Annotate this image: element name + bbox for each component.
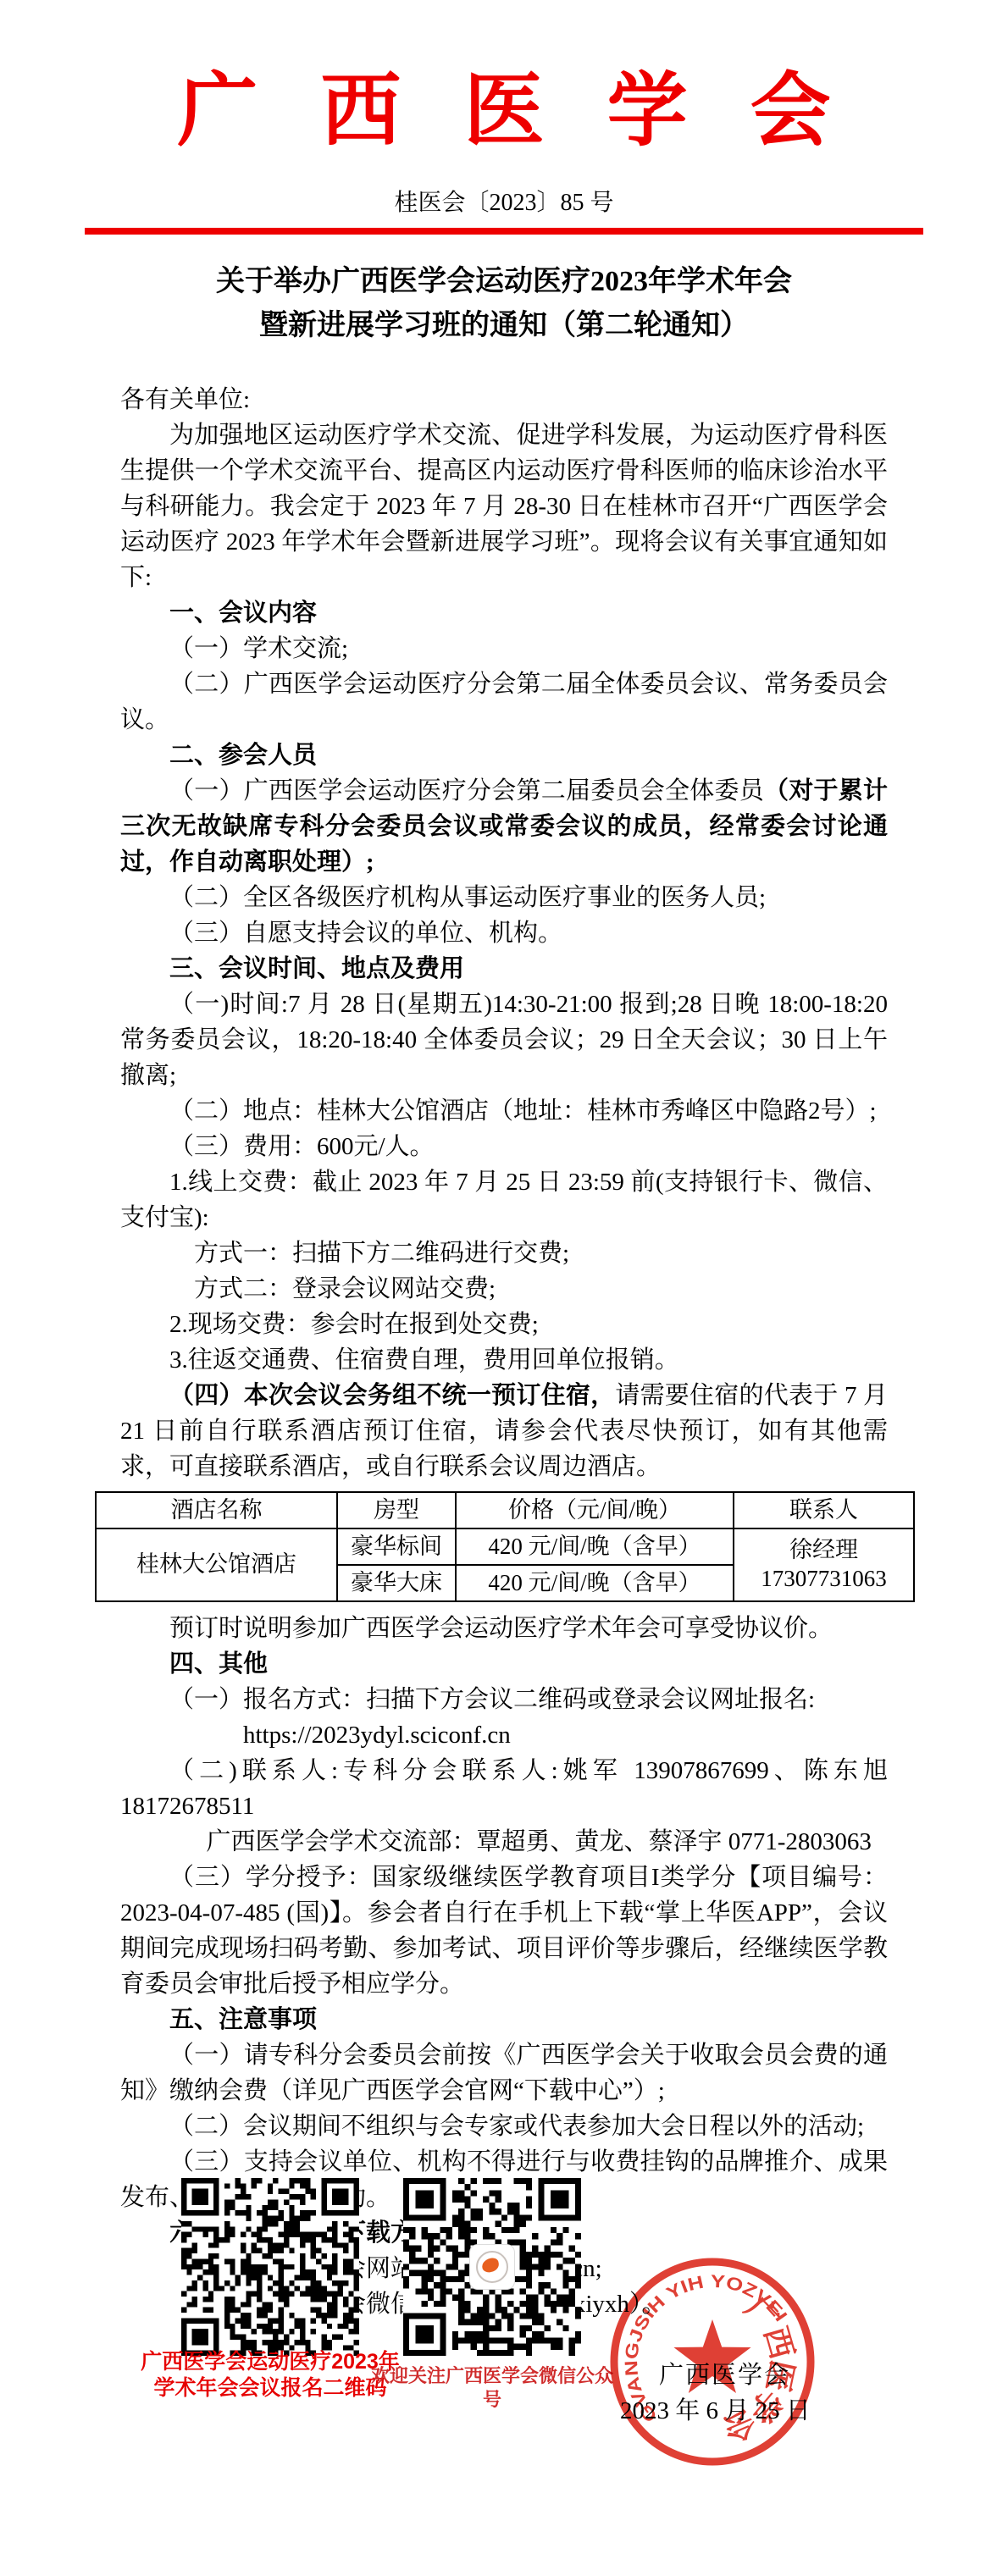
conference-url: https://2023ydyl.sciconf.cn <box>120 1717 888 1753</box>
col-hotel-name: 酒店名称 <box>96 1492 337 1528</box>
payment-travel: 3.往返交通费、住宿费自理，费用回单位报销。 <box>120 1342 888 1378</box>
hotel-bold-note: （四）本次会议会务组不统一预订住宿， <box>169 1382 615 1409</box>
section-4-item-signup: （一）报名方式：扫描下方会议二维码或登录会议网址报名: <box>120 1682 888 1717</box>
wechat-qr-code <box>403 2178 581 2356</box>
price-cell: 420 元/间/晚（含早） <box>456 1528 734 1565</box>
section-3-item-place: （二）地点：桂林大公馆酒店（地址：桂林市秀峰区中隐路2号）; <box>120 1093 888 1129</box>
section-4-item-contacts: （二)联系人:专科分会联系人:姚军 13907867699、陈东旭 181726… <box>120 1753 888 1824</box>
hotel-table-header-row: 酒店名称 房型 价格（元/间/晚） 联系人 <box>96 1492 914 1528</box>
section-3-item-time: （一)时间:7 月 28 日(星期五)14:30-21:00 报到;28 日晚 … <box>120 987 888 1093</box>
salutation: 各有关单位: <box>120 382 888 417</box>
section-2-item-3: （三）自愿支持会议的单位、机构。 <box>120 915 888 951</box>
section-4-item-contacts-dept: 广西医学会学术交流部：覃超勇、黄龙、蔡泽宇 0771-2803063 <box>120 1824 888 1860</box>
official-seal: GVANGJSIH YIH YOZVEI 广 西 医 学 会 <box>608 2258 817 2466</box>
opening-paragraph: 为加强地区运动医疗学术交流、促进学科发展，为运动医疗骨科医生提供一个学术交流平台… <box>120 417 888 595</box>
seal-star-icon <box>673 2319 750 2393</box>
document-title-line1: 关于举办广西医学会运动医疗2023年学术年会 <box>0 260 1008 304</box>
col-room-type: 房型 <box>337 1492 456 1528</box>
section-2-heading: 二、参会人员 <box>120 738 888 773</box>
payment-way-2: 方式二：登录会议网站交费; <box>120 1271 888 1307</box>
registration-qr-caption-line2: 学术年会会议报名二维码 <box>130 2375 410 2402</box>
registration-qr-caption: 广西医学会运动医疗2023年 学术年会会议报名二维码 <box>130 2349 410 2402</box>
document-body: 各有关单位: 为加强地区运动医疗学术交流、促进学科发展，为运动医疗骨科医生提供一… <box>120 382 888 2322</box>
section-2-item-1-text: （一）广西医学会运动医疗分会第二届委员会全体委员 <box>169 777 764 804</box>
letterhead-divider <box>85 228 923 235</box>
section-1-item-2: （二）广西医学会运动医疗分会第二届全体委员会议、常务委员会议。 <box>120 666 888 738</box>
section-4-item-credits: （三）学分授予：国家级继续医学教育项目I类学分【项目编号：2023-04-07-… <box>120 1860 888 2002</box>
section-5-item-1: （一）请专科分会委员会前按《广西医学会关于收取会员会费的通知》缴纳会费（详见广西… <box>120 2037 888 2109</box>
letterhead-org-name: 广西医学会 <box>0 0 1008 152</box>
hotel-name-cell: 桂林大公馆酒店 <box>96 1528 337 1601</box>
section-5-heading: 五、注意事项 <box>120 2002 888 2037</box>
section-3-item-fee: （三）费用：600元/人。 <box>120 1129 888 1164</box>
registration-qr-code <box>181 2178 359 2356</box>
section-4-heading: 四、其他 <box>120 1646 888 1682</box>
footer-area: 广西医学会运动医疗2023年 学术年会会议报名二维码 欢迎关注广西医学会微信公众… <box>0 2168 1008 2576</box>
document-title-line2: 暨新进展学习班的通知（第二轮通知） <box>0 304 1008 348</box>
section-2-item-2: （二）全区各级医疗机构从事运动医疗事业的医务人员; <box>120 880 888 915</box>
payment-online: 1.线上交费：截止 2023 年 7 月 25 日 23:59 前(支持银行卡、… <box>120 1164 888 1235</box>
gxma-logo <box>470 2245 514 2289</box>
room-type-cell: 豪华标间 <box>337 1528 456 1565</box>
gxma-emblem-icon <box>476 2251 508 2283</box>
document-page: 广西医学会 桂医会〔2023〕85 号 关于举办广西医学会运动医疗2023年学术… <box>0 0 1008 2576</box>
payment-way-1: 方式一：扫描下方二维码进行交费; <box>120 1235 888 1271</box>
col-contact: 联系人 <box>734 1492 914 1528</box>
section-1-heading: 一、会议内容 <box>120 595 888 631</box>
hotel-table: 酒店名称 房型 价格（元/间/晚） 联系人 桂林大公馆酒店 豪华标间 420 元… <box>95 1491 915 1602</box>
document-title: 关于举办广西医学会运动医疗2023年学术年会 暨新进展学习班的通知（第二轮通知） <box>0 260 1008 348</box>
payment-onsite: 2.现场交费：参会时在报到处交费; <box>120 1307 888 1342</box>
section-1-item-1: （一）学术交流; <box>120 631 888 666</box>
contact-phone: 17307731063 <box>761 1566 887 1591</box>
room-type-cell: 豪华大床 <box>337 1565 456 1601</box>
table-row: 桂林大公馆酒店 豪华标间 420 元/间/晚（含早） 徐经理 173077310… <box>96 1528 914 1565</box>
price-cell: 420 元/间/晚（含早） <box>456 1565 734 1601</box>
registration-qr-caption-line1: 广西医学会运动医疗2023年 <box>130 2349 410 2375</box>
section-2-item-1: （一）广西医学会运动医疗分会第二届委员会全体委员（对于累计三次无故缺席专科分会委… <box>120 773 888 880</box>
section-3-heading: 三、会议时间、地点及费用 <box>120 951 888 987</box>
hotel-price-note: 预订时说明参加广西医学会运动医疗学术年会可享受协议价。 <box>120 1611 888 1646</box>
contact-cell: 徐经理 17307731063 <box>734 1528 914 1601</box>
contact-name: 徐经理 <box>789 1537 858 1562</box>
section-5-item-2: （二）会议期间不组织与会专家或代表参加大会日程以外的活动; <box>120 2109 888 2144</box>
registration-qr-canvas <box>181 2178 359 2356</box>
wechat-qr-caption: 欢迎关注广西医学会微信公众号 <box>369 2364 615 2412</box>
document-number: 桂医会〔2023〕85 号 <box>0 189 1008 218</box>
section-3-item-hotel: （四）本次会议会务组不统一预订住宿，请需要住宿的代表于 7 月 21 日前自行联… <box>120 1378 888 1484</box>
col-price: 价格（元/间/晚） <box>456 1492 734 1528</box>
